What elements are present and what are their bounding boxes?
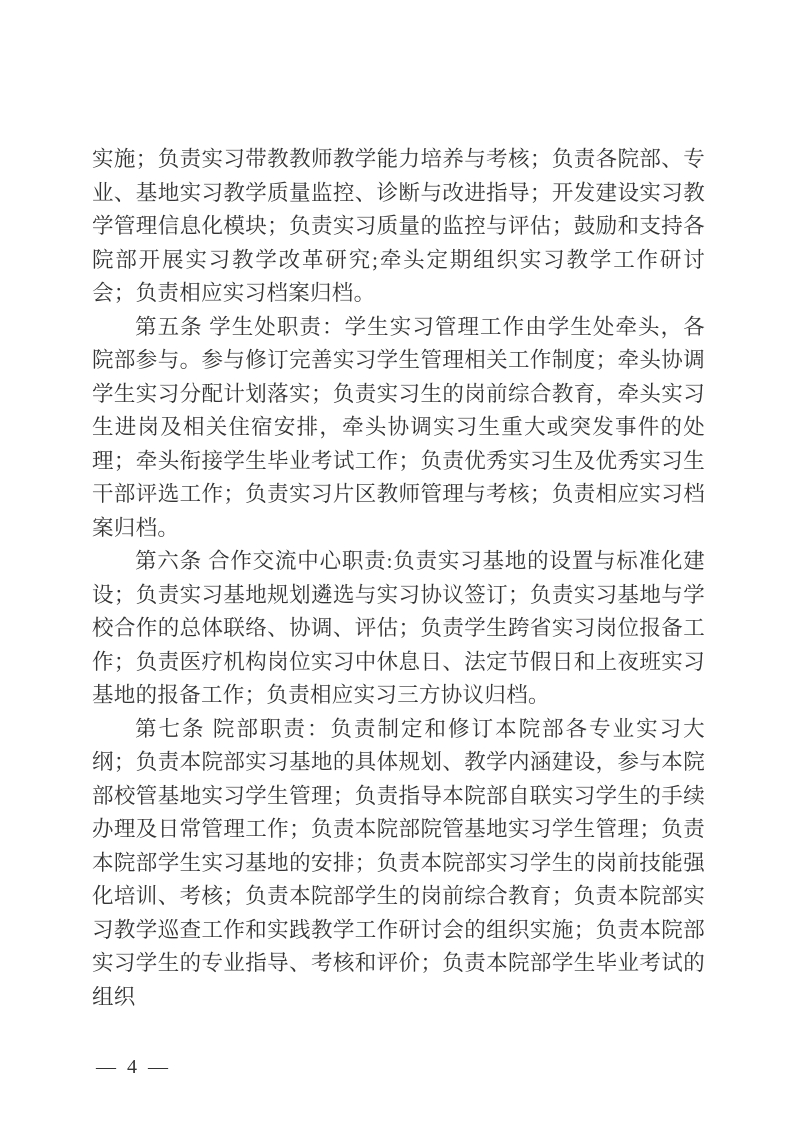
paragraph-continuation: 实施；负责实习带教教师教学能力培养与考核；负责各院部、专业、基地实习教学质量监控… xyxy=(92,143,705,311)
paragraph-article-7: 第七条 院部职责：负责制定和修订本院部各专业实习大纲；负责本院部实习基地的具体规… xyxy=(92,713,705,1015)
page-number: — 4 — xyxy=(96,1056,171,1079)
document-page: 实施；负责实习带教教师教学能力培养与考核；负责各院部、专业、基地实习教学质量监控… xyxy=(0,0,794,1123)
document-body: 实施；负责实习带教教师教学能力培养与考核；负责各院部、专业、基地实习教学质量监控… xyxy=(92,143,705,1014)
paragraph-article-5: 第五条 学生处职责：学生实习管理工作由学生处牵头，各院部参与。参与修订完善实习学… xyxy=(92,311,705,546)
paragraph-article-6: 第六条 合作交流中心职责:负责实习基地的设置与标准化建设；负责实习基地规划遴选与… xyxy=(92,545,705,713)
